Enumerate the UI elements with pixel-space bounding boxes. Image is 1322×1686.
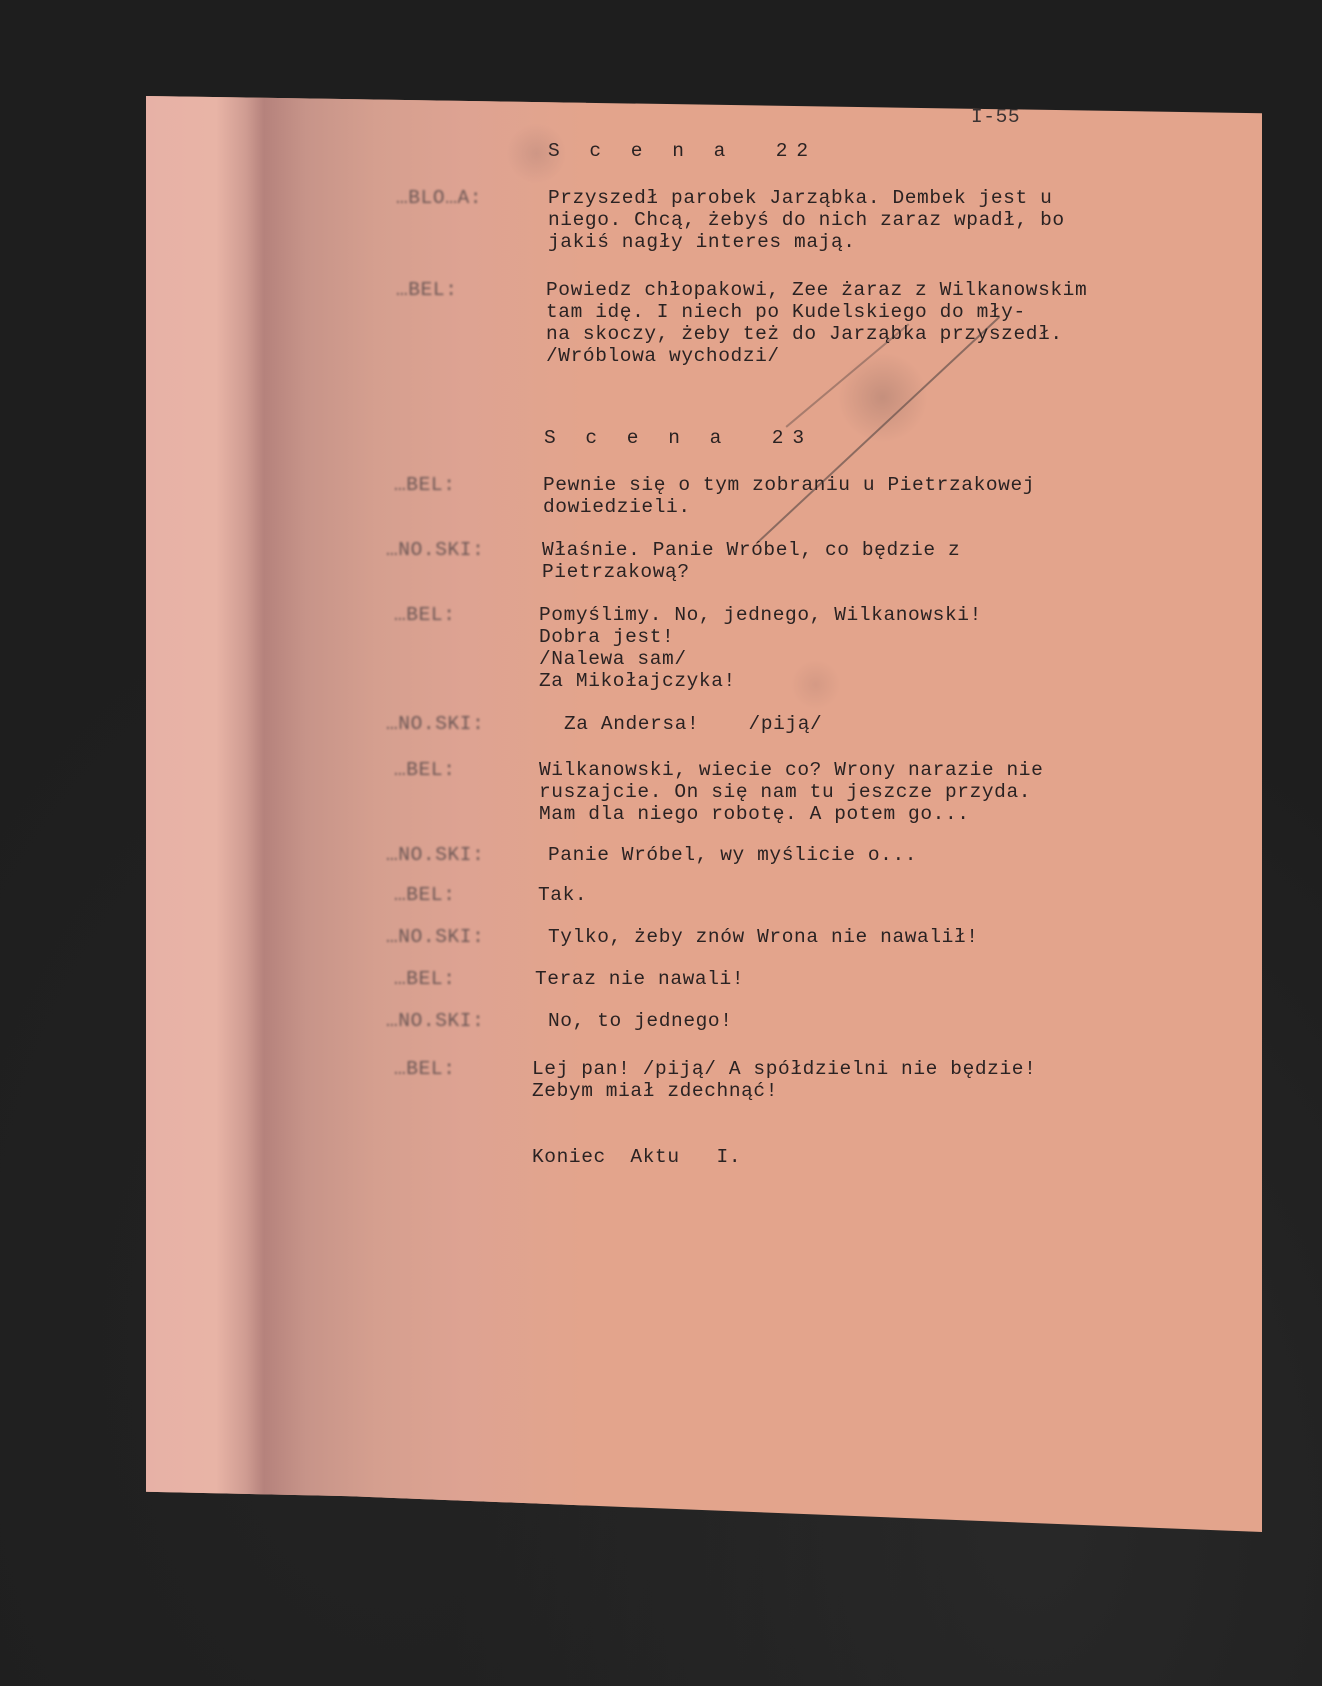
scene-23-title: S c e n a 23 xyxy=(544,427,813,449)
speaker-label: …NO.SKI: xyxy=(386,1010,484,1032)
dialogue-line: Panie Wróbel, wy myślicie o... xyxy=(548,844,917,866)
typescript-page: I-55 S c e n a 22 …BLO…A: Przyszedł paro… xyxy=(146,96,1262,1532)
dialogue-line: Wilkanowski, wiecie co? Wrony narazie ni… xyxy=(539,759,1043,825)
dialogue-line: Właśnie. Panie Wróbel, co będzie z Pietr… xyxy=(542,539,960,583)
dialogue-line: No, to jednego! xyxy=(548,1010,733,1032)
speaker-label: …BEL: xyxy=(394,1058,456,1080)
speaker-label: …NO.SKI: xyxy=(386,713,484,735)
end-of-act-note: Koniec Aktu I. xyxy=(532,1146,741,1168)
speaker-label: …BEL: xyxy=(394,759,456,781)
dialogue-line: Pomyślimy. No, jednego, Wilkanowski! Dob… xyxy=(539,604,982,692)
speaker-label: …BEL: xyxy=(394,474,456,496)
speaker-label: …BEL: xyxy=(394,884,456,906)
speaker-label: …BLO…A: xyxy=(396,187,482,209)
speaker-label: …BEL: xyxy=(396,279,458,301)
speaker-label: …BEL: xyxy=(394,968,456,990)
dialogue-line: Za Andersa! /piją/ xyxy=(564,713,822,735)
dialogue-line: Teraz nie nawali! xyxy=(535,968,744,990)
dialogue-line: Przyszedł parobek Jarząbka. Dembek jest … xyxy=(548,187,1065,253)
dialogue-line: Pewnie się o tym zobraniu u Pietrzakowej… xyxy=(543,474,1035,518)
dialogue-line: Powiedz chłopakowi, Zee żaraz z Wilkanow… xyxy=(546,279,1087,367)
speaker-label: …NO.SKI: xyxy=(386,844,484,866)
dialogue-line: Tak. xyxy=(538,884,587,906)
speaker-label: …BEL: xyxy=(394,604,456,626)
dialogue-line: Lej pan! /piją/ A spółdzielni nie będzie… xyxy=(532,1058,1036,1102)
speaker-label: …NO.SKI: xyxy=(386,539,484,561)
scene-22-title: S c e n a 22 xyxy=(548,140,817,162)
dialogue-line: Tylko, żeby znów Wrona nie nawalił! xyxy=(548,926,979,948)
speaker-label: …NO.SKI: xyxy=(386,926,484,948)
